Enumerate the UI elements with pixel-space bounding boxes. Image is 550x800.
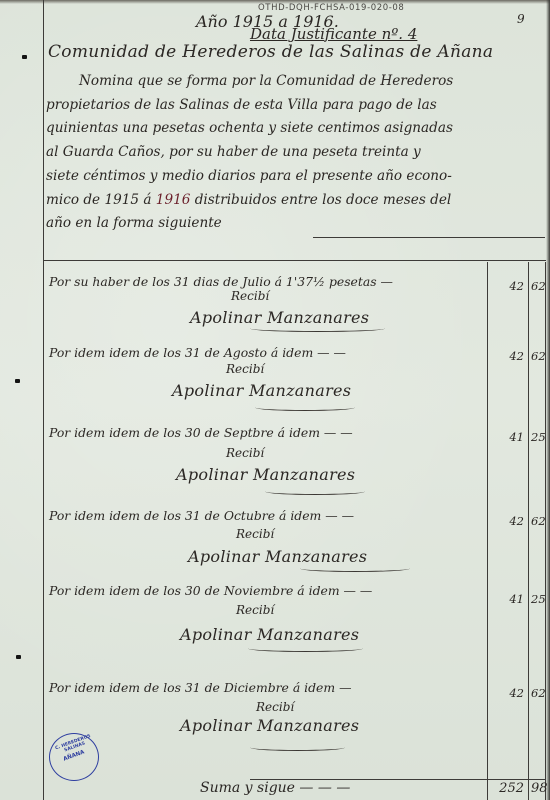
paragraph-line: Nomina que se forma por la Comunidad de … bbox=[46, 70, 536, 94]
entry-description: Por idem idem de los 31 de Octubre á ide… bbox=[49, 508, 354, 523]
amount-centimos: 62 bbox=[531, 514, 547, 528]
amount-pesetas: 41 bbox=[486, 430, 524, 444]
signature: Apolinar Manzanares bbox=[180, 625, 359, 644]
left-margin-rule bbox=[43, 0, 44, 800]
right-border-rule bbox=[545, 262, 546, 800]
page-right-edge bbox=[546, 0, 550, 800]
received-label: Recibí bbox=[236, 527, 274, 541]
entry-description: Por idem idem de los 31 de Diciembre á i… bbox=[49, 680, 351, 695]
text-fragment: distribuidos entre los doce meses del bbox=[190, 192, 451, 208]
year-end-red-ink: 1916 bbox=[156, 192, 191, 208]
total-centimos: 98 bbox=[531, 781, 547, 796]
pesetas-column-rule bbox=[487, 262, 488, 800]
entry-description: Por idem idem de los 30 de Noviembre á i… bbox=[49, 583, 372, 598]
amount-centimos: 62 bbox=[531, 279, 547, 293]
entry-description: Por idem idem de los 31 de Agosto á idem… bbox=[49, 345, 346, 360]
amount-centimos: 25 bbox=[531, 430, 547, 444]
margin-mark bbox=[15, 379, 20, 383]
paragraph-line: quinientas una pesetas ochenta y siete c… bbox=[46, 117, 536, 141]
received-label: Recibí bbox=[236, 603, 274, 617]
year-start: 1915 bbox=[104, 192, 139, 208]
entry-description: Por idem idem de los 30 de Septbre á ide… bbox=[49, 425, 353, 440]
signature-flourish bbox=[255, 404, 355, 411]
amount-pesetas: 41 bbox=[486, 592, 524, 606]
received-label: Recibí bbox=[256, 700, 294, 714]
signature: Apolinar Manzanares bbox=[176, 465, 355, 484]
amount-pesetas: 42 bbox=[486, 686, 524, 700]
signature: Apolinar Manzanares bbox=[172, 381, 351, 400]
received-label: Recibí bbox=[226, 362, 264, 376]
signature-flourish bbox=[250, 744, 345, 751]
entry-description: Por su haber de los 31 dias de Julio á 1… bbox=[49, 274, 393, 289]
paragraph-line: siete céntimos y medio diarios para el p… bbox=[46, 165, 536, 189]
signature-flourish bbox=[300, 565, 410, 572]
margin-mark bbox=[16, 655, 21, 659]
page-number: 9 bbox=[517, 12, 525, 26]
document-title: Comunidad de Herederos de las Salinas de… bbox=[48, 42, 493, 62]
paragraph-line: propietarios de las Salinas de esta Vill… bbox=[46, 94, 536, 118]
amount-centimos: 25 bbox=[531, 592, 547, 606]
amount-centimos: 62 bbox=[531, 686, 547, 700]
paragraph-line: al Guarda Caños, por su haber de una pes… bbox=[46, 141, 536, 165]
margin-mark bbox=[22, 55, 27, 59]
text-fragment: á bbox=[139, 192, 156, 208]
intro-paragraph: Nomina que se forma por la Comunidad de … bbox=[46, 70, 536, 236]
total-pesetas: 252 bbox=[486, 781, 524, 796]
amount-pesetas: 42 bbox=[486, 349, 524, 363]
header-separator-rule bbox=[43, 260, 546, 261]
text-fragment: mico de bbox=[46, 192, 104, 208]
amount-pesetas: 42 bbox=[486, 279, 524, 293]
document-reference: Data Justificante nº. 4 bbox=[250, 25, 417, 43]
community-seal-stamp: C. HEREDEROS SALINAS AÑANA bbox=[49, 733, 99, 781]
paragraph-line-years: mico de 1915 á 1916 distribuidos entre l… bbox=[46, 189, 536, 213]
siguiente-end-rule bbox=[313, 237, 545, 238]
signature: Apolinar Manzanares bbox=[180, 716, 359, 735]
paragraph-line: año en la forma siguiente bbox=[46, 212, 536, 236]
signature-flourish bbox=[248, 645, 363, 652]
received-label: Recibí bbox=[226, 446, 264, 460]
document-page: OTHD-DQH-FCHSA-019-020-08 9 Año 1915 a 1… bbox=[0, 0, 550, 800]
amount-pesetas: 42 bbox=[486, 514, 524, 528]
centimos-column-rule bbox=[528, 262, 529, 800]
received-label: Recibí bbox=[231, 289, 269, 303]
amount-centimos: 62 bbox=[531, 349, 547, 363]
signature: Apolinar Manzanares bbox=[188, 547, 367, 566]
sum-carried-forward-label: Suma y sigue — — — bbox=[200, 780, 350, 796]
signature-flourish bbox=[265, 488, 365, 495]
signature-flourish bbox=[250, 325, 385, 332]
